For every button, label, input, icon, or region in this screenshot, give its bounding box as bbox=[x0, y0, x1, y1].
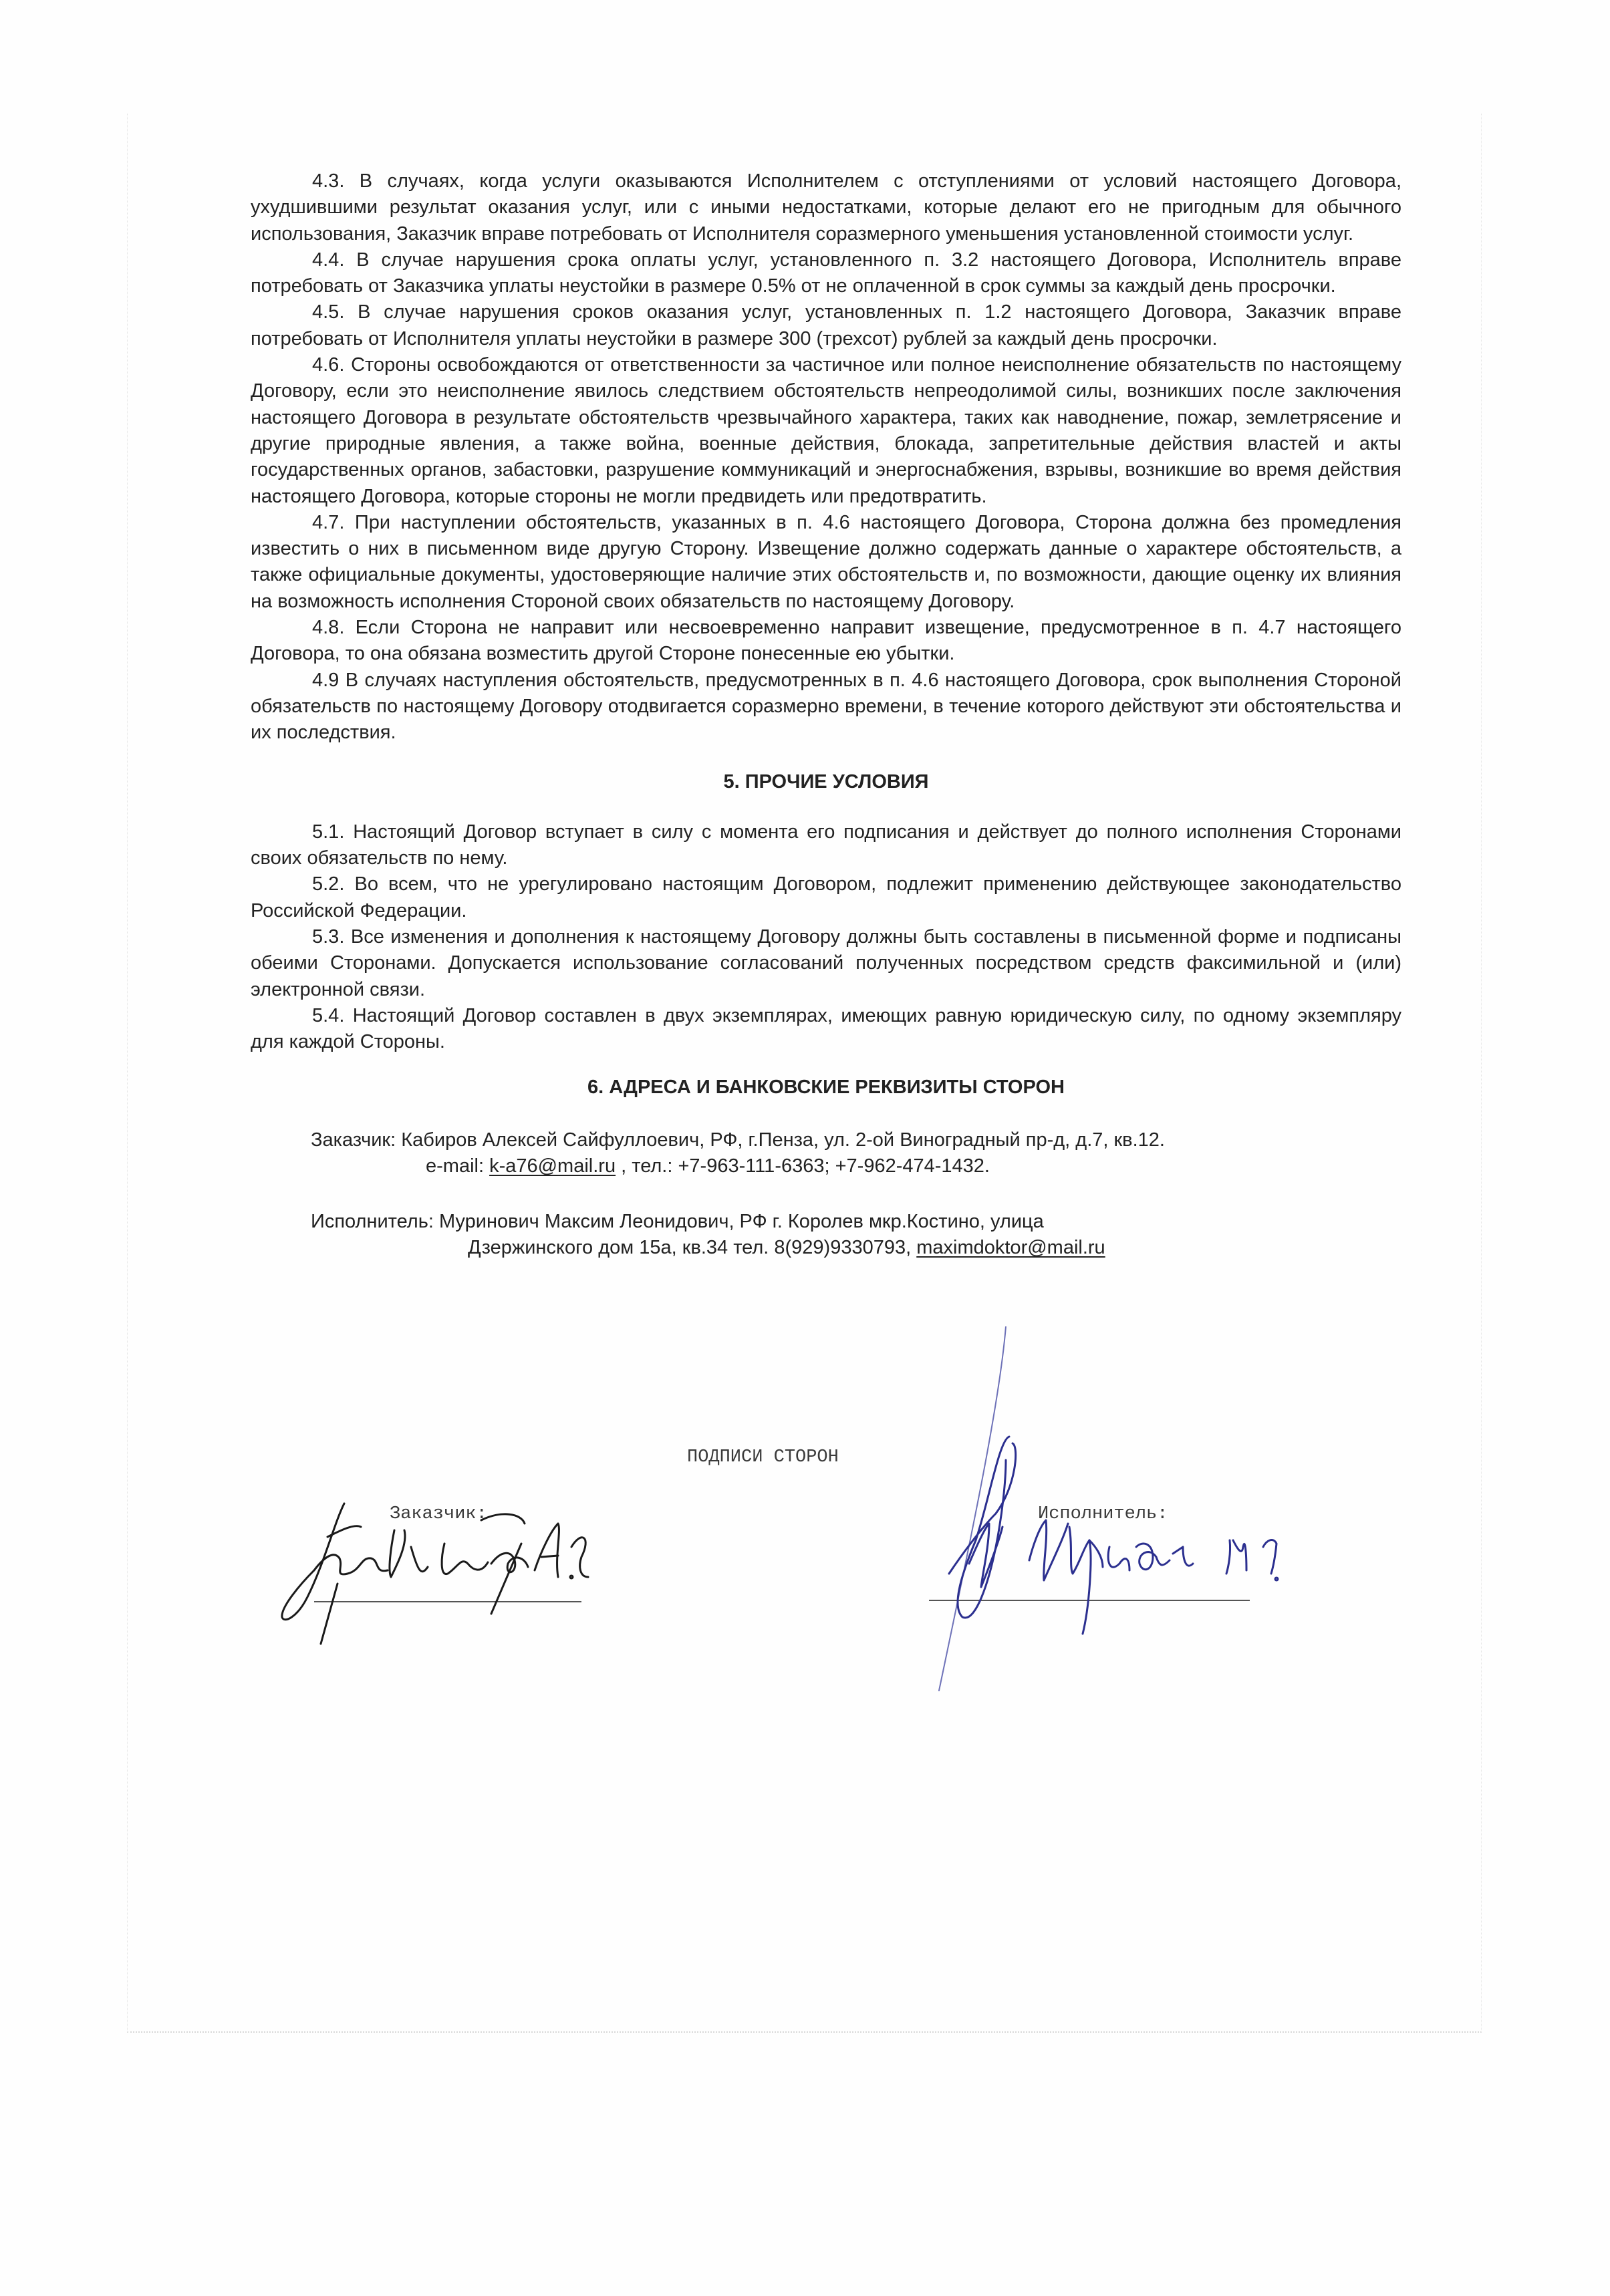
clause-5-4: 5.4. Настоящий Договор составлен в двух … bbox=[251, 1003, 1401, 1056]
contractor-address-line: Исполнитель: Муринович Максим Леонидович… bbox=[311, 1209, 1380, 1235]
customer-email-prefix: e-mail: bbox=[426, 1155, 484, 1177]
customer-details: Кабиров Алексей Сайфуллоевич, РФ, г.Пенз… bbox=[401, 1129, 1165, 1151]
contractor-signature-label: Исполнитель: bbox=[1038, 1504, 1168, 1524]
section-5-heading: 5. ПРОЧИЕ УСЛОВИЯ bbox=[251, 769, 1401, 795]
customer-signature-label: Заказчик: bbox=[390, 1504, 487, 1524]
customer-email-link[interactable]: k-a76@mail.ru bbox=[489, 1155, 616, 1177]
clause-4-5: 4.5. В случае нарушения сроков оказания … bbox=[251, 299, 1401, 352]
clause-5-3: 5.3. Все изменения и дополнения к настоя… bbox=[251, 924, 1401, 1003]
document-page: 4.3. В случаях, когда услуги оказываются… bbox=[0, 0, 1610, 2296]
contractor-signature-line bbox=[929, 1600, 1250, 1601]
customer-address-line: Заказчик: Кабиров Алексей Сайфуллоевич, … bbox=[311, 1127, 1380, 1153]
clause-5-2: 5.2. Во всем, что не урегулировано насто… bbox=[251, 871, 1401, 924]
section-6-heading: 6. АДРЕСА И БАНКОВСКИЕ РЕКВИЗИТЫ СТОРОН bbox=[251, 1074, 1401, 1101]
customer-phones: , тел.: +7-963-111-6363; +7-962-474-1432… bbox=[621, 1155, 990, 1177]
contractor-details: Муринович Максим Леонидович, РФ г. Корол… bbox=[439, 1211, 1044, 1232]
clause-4-8: 4.8. Если Сторона не направит или несвое… bbox=[251, 615, 1401, 668]
clause-4-6: 4.6. Стороны освобождаются от ответствен… bbox=[251, 352, 1401, 510]
clause-4-9: 4.9 В случаях наступления обстоятельств,… bbox=[251, 668, 1401, 746]
contractor-details-2: Дзержинского дом 15а, кв.34 тел. 8(929)9… bbox=[468, 1237, 911, 1258]
signatures-heading: ПОДПИСИ СТОРОН bbox=[687, 1447, 839, 1467]
clause-4-7: 4.7. При наступлении обстоятельств, указ… bbox=[251, 510, 1401, 615]
contract-body: 4.3. В случаях, когда услуги оказываются… bbox=[251, 168, 1401, 1261]
party-addresses: Заказчик: Кабиров Алексей Сайфуллоевич, … bbox=[311, 1127, 1380, 1261]
clause-4-3: 4.3. В случаях, когда услуги оказываются… bbox=[251, 168, 1401, 247]
contractor-contact-line: Дзержинского дом 15а, кв.34 тел. 8(929)9… bbox=[311, 1235, 1380, 1261]
contractor-label: Исполнитель: bbox=[311, 1211, 434, 1232]
clause-4-4: 4.4. В случае нарушения срока оплаты усл… bbox=[251, 247, 1401, 300]
customer-label: Заказчик: bbox=[311, 1129, 396, 1151]
customer-contact-line: e-mail: k-a76@mail.ru , тел.: +7-963-111… bbox=[311, 1153, 1380, 1179]
customer-signature-line bbox=[314, 1601, 581, 1602]
contractor-email-link[interactable]: maximdoktor@mail.ru bbox=[916, 1237, 1105, 1258]
clause-5-1: 5.1. Настоящий Договор вступает в силу с… bbox=[251, 819, 1401, 872]
